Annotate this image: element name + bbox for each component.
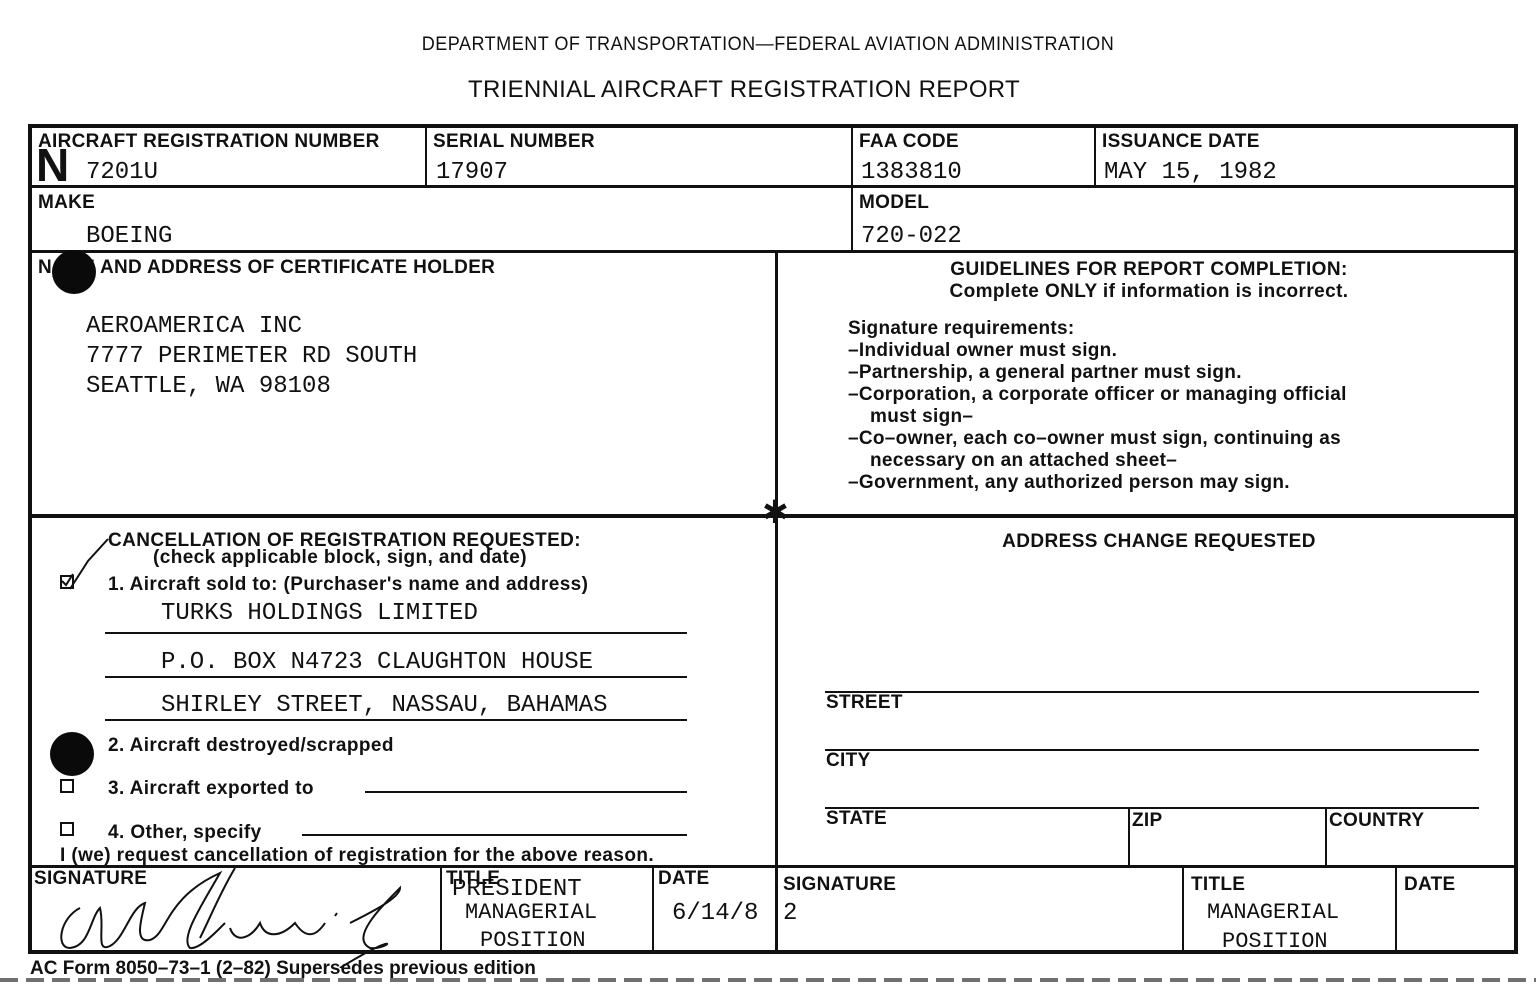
punch-hole-icon xyxy=(52,250,96,294)
guideline-line: –Government, any authorized person may s… xyxy=(848,472,1290,494)
address-change-title: ADDRESS CHANGE REQUESTED xyxy=(780,531,1536,553)
divider xyxy=(425,128,427,186)
divider xyxy=(652,866,654,952)
guideline-line: necessary on an attached sheet– xyxy=(870,450,1177,472)
guideline-line: must sign– xyxy=(870,406,973,428)
divider xyxy=(1094,128,1096,186)
divider xyxy=(1128,808,1130,866)
divider xyxy=(851,128,853,252)
cancellation-instruction: (check applicable block, sign, and date) xyxy=(153,547,527,569)
registration-number-label: AIRCRAFT REGISTRATION NUMBER xyxy=(38,131,380,153)
divider xyxy=(440,866,442,952)
guideline-line: –Corporation, a corporate officer or man… xyxy=(848,384,1347,406)
option-other-label: 4. Other, specify xyxy=(108,822,262,844)
divider xyxy=(1395,866,1397,952)
option-exported-checkbox[interactable] xyxy=(60,779,74,793)
option-destroyed-label: 2. Aircraft destroyed/scrapped xyxy=(108,735,394,757)
purchaser-underline xyxy=(105,719,687,721)
faa-code-value: 1383810 xyxy=(861,159,962,186)
option-sold-label: 1. Aircraft sold to: (Purchaser's name a… xyxy=(108,574,588,596)
cancel-date-value: 6/14/8 xyxy=(672,900,758,927)
cancel-title-value-1: PRESIDENT xyxy=(452,876,582,903)
agency-header: DEPARTMENT OF TRANSPORTATION—FEDERAL AVI… xyxy=(38,34,1497,56)
asterisk-mark-icon: ✱ xyxy=(762,496,789,528)
punch-hole-icon xyxy=(50,732,94,776)
divider xyxy=(1182,866,1184,952)
faa-code-label: FAA CODE xyxy=(859,131,959,153)
guidelines-title: GUIDELINES FOR REPORT COMPLETION: xyxy=(780,259,1518,281)
purchaser-line-2: P.O. BOX N4723 CLAUGHTON HOUSE xyxy=(161,649,593,676)
address-title-value-2: POSITION xyxy=(1222,929,1328,954)
check-icon xyxy=(60,573,74,587)
option-sold-checkbox[interactable] xyxy=(60,575,74,589)
guidelines-subtitle: Complete ONLY if information is incorrec… xyxy=(780,281,1518,303)
divider xyxy=(30,185,1518,188)
purchaser-line-1: TURKS HOLDINGS LIMITED xyxy=(161,600,478,627)
purchaser-underline xyxy=(105,676,687,678)
guideline-line: –Individual owner must sign. xyxy=(848,340,1117,362)
issuance-date-value: MAY 15, 1982 xyxy=(1104,159,1277,186)
state-label: STATE xyxy=(826,808,887,830)
issuance-date-label: ISSUANCE DATE xyxy=(1102,131,1260,153)
registration-number-value: 7201U xyxy=(86,159,158,186)
address-title-value-1: MANAGERIAL xyxy=(1207,900,1339,925)
purchaser-line-3: SHIRLEY STREET, NASSAU, BAHAMAS xyxy=(161,692,607,719)
form-title: TRIENNIAL AIRCRAFT REGISTRATION REPORT xyxy=(0,76,1488,104)
certificate-holder-label: NAME AND ADDRESS OF CERTIFICATE HOLDER xyxy=(38,257,495,279)
serial-number-label: SERIAL NUMBER xyxy=(433,131,595,153)
handwritten-signature[interactable] xyxy=(50,868,420,968)
address-title-label: TITLE xyxy=(1191,874,1245,896)
guideline-line: –Partnership, a general partner must sig… xyxy=(848,362,1242,384)
street-label: STREET xyxy=(826,692,903,714)
divider xyxy=(1325,808,1327,866)
city-field[interactable] xyxy=(825,749,1479,751)
cancellation-statement: I (we) request cancellation of registrat… xyxy=(60,845,654,867)
state-field[interactable] xyxy=(825,807,1479,809)
address-date-label: DATE xyxy=(1404,874,1456,896)
zip-label: ZIP xyxy=(1132,810,1162,832)
form-id-footer: AC Form 8050–73–1 (2–82) Supersedes prev… xyxy=(30,958,536,980)
option-exported-label: 3. Aircraft exported to xyxy=(108,778,314,800)
option-other-checkbox[interactable] xyxy=(60,822,74,836)
holder-street: 7777 PERIMETER RD SOUTH xyxy=(86,343,417,370)
other-specify-field[interactable] xyxy=(302,834,687,836)
exported-to-field[interactable] xyxy=(365,791,687,793)
cancel-date-label: DATE xyxy=(658,868,710,890)
address-signature-label: SIGNATURE xyxy=(783,874,896,896)
model-value: 720-022 xyxy=(861,223,962,250)
make-label: MAKE xyxy=(38,192,95,214)
street-field[interactable] xyxy=(825,691,1479,693)
holder-name: AEROAMERICA INC xyxy=(86,313,302,340)
divider xyxy=(30,250,1518,253)
city-label: CITY xyxy=(826,750,870,772)
model-label: MODEL xyxy=(859,192,929,214)
serial-number-value: 17907 xyxy=(436,159,508,186)
divider xyxy=(775,252,778,952)
signature-requirements-heading: Signature requirements: xyxy=(848,318,1075,340)
perforation-line xyxy=(0,978,1536,982)
make-value: BOEING xyxy=(86,223,172,250)
cancel-title-value-2: MANAGERIAL xyxy=(465,900,597,925)
cancel-title-value-3: POSITION xyxy=(480,928,586,953)
registration-prefix: N xyxy=(36,142,69,188)
guideline-line: –Co–owner, each co–owner must sign, cont… xyxy=(848,428,1341,450)
holder-city-state-zip: SEATTLE, WA 98108 xyxy=(86,373,331,400)
country-label: COUNTRY xyxy=(1329,810,1424,832)
address-signature-value[interactable]: 2 xyxy=(783,900,797,927)
purchaser-underline xyxy=(105,632,687,634)
